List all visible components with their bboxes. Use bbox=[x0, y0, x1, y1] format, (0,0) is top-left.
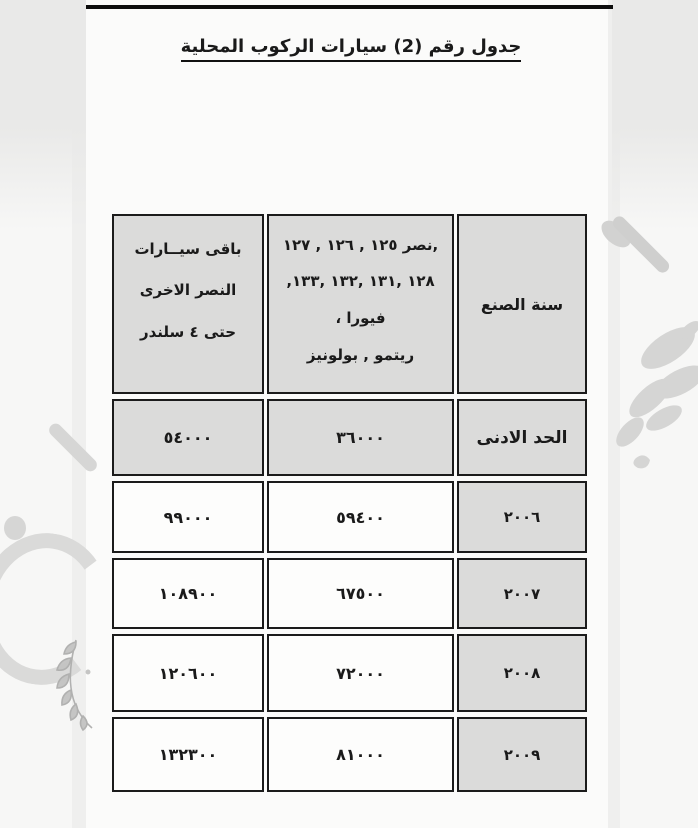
nasr-value-cell: ٧٢٠٠٠ bbox=[267, 634, 454, 712]
nasr-value-cell: ٥٩٤٠٠ bbox=[267, 481, 454, 553]
nasr-models-line3: ريتمو , بولونيز bbox=[307, 337, 414, 374]
other-cars-header-cell: باقى سيــارات النصر الاخرى حتى ٤ سلندر bbox=[112, 214, 264, 394]
page-title: جدول رقم (2) سيارات الركوب المحلية bbox=[112, 36, 590, 62]
year-header-cell: سنة الصنع bbox=[457, 214, 587, 394]
year-cell: ٢٠٠٨ bbox=[457, 634, 587, 712]
other-cars-line2: حتى ٤ سلندر bbox=[140, 312, 236, 353]
top-rule bbox=[86, 5, 613, 9]
vehicle-tax-table: سنة الصنع ,نصر ١٢٥ , ١٢٦ , ١٢٧ ١٢٨ ,١٣١ … bbox=[112, 214, 587, 792]
other-value-cell: ١٢٠٦٠٠ bbox=[112, 634, 264, 712]
nasr-models-line1: ,نصر ١٢٥ , ١٢٦ , ١٢٧ bbox=[283, 227, 438, 264]
other-cars-line1: باقى سيــارات النصر الاخرى bbox=[114, 229, 262, 312]
nasr-models-line2: ١٢٨ ,١٣١ ,١٣٢ ,١٣٣, فيورا ، bbox=[269, 263, 452, 337]
ink-bleed-dot-left bbox=[4, 516, 26, 540]
nasr-value-cell: ٨١٠٠٠ bbox=[267, 717, 454, 792]
nasr-value-cell: ٣٦٠٠٠ bbox=[267, 399, 454, 476]
minimum-label-cell: الحد الادنى bbox=[457, 399, 587, 476]
year-header-label: سنة الصنع bbox=[481, 295, 563, 314]
year-cell: ٢٠٠٩ bbox=[457, 717, 587, 792]
other-value-cell: ١٠٨٩٠٠ bbox=[112, 558, 264, 629]
scan-margin-top-right bbox=[612, 0, 698, 230]
other-value-cell: ١٣٢٣٠٠ bbox=[112, 717, 264, 792]
nasr-value-cell: ٦٧٥٠٠ bbox=[267, 558, 454, 629]
scan-margin-top-left bbox=[0, 0, 86, 230]
nasr-models-header-cell: ,نصر ١٢٥ , ١٢٦ , ١٢٧ ١٢٨ ,١٣١ ,١٣٢ ,١٣٣,… bbox=[267, 214, 454, 394]
year-cell: ٢٠٠٦ bbox=[457, 481, 587, 553]
page-title-text: جدول رقم (2) سيارات الركوب المحلية bbox=[181, 36, 522, 62]
other-value-cell: ٥٤٠٠٠ bbox=[112, 399, 264, 476]
year-cell: ٢٠٠٧ bbox=[457, 558, 587, 629]
other-value-cell: ٩٩٠٠٠ bbox=[112, 481, 264, 553]
